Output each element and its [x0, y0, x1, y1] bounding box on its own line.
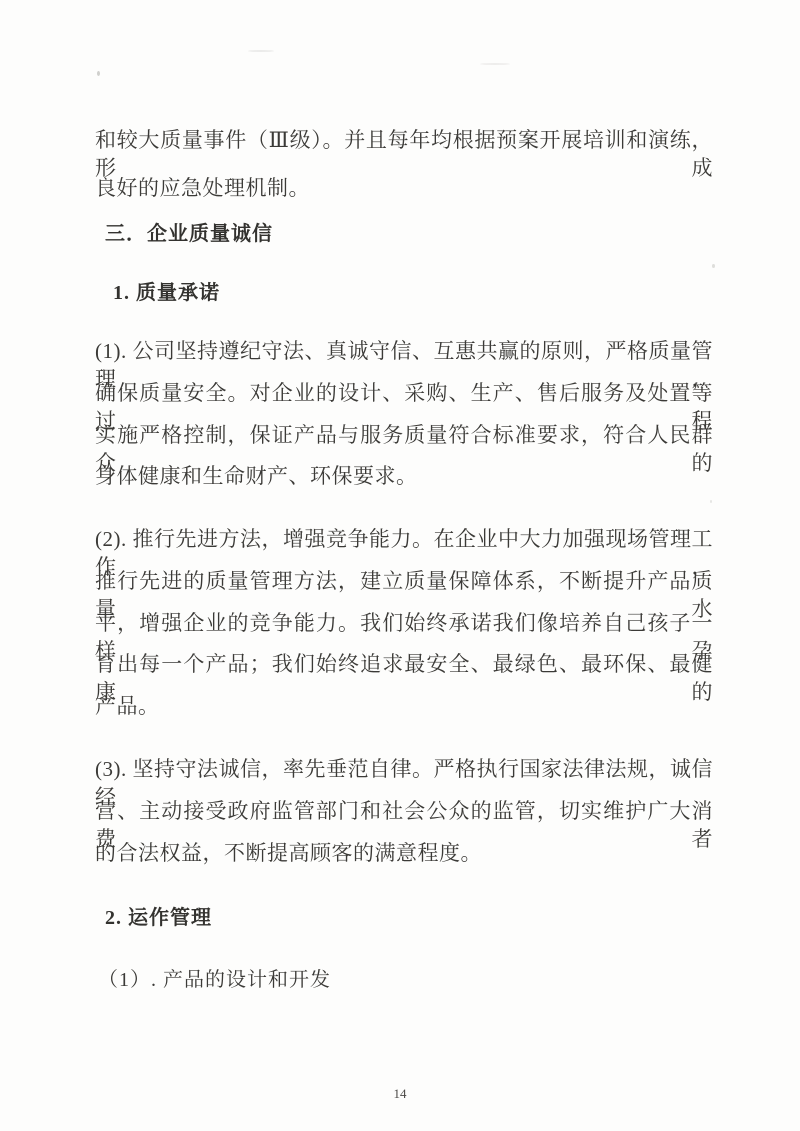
intro-line: 良好的应急处理机制。: [95, 174, 713, 202]
paragraph-2-line: 产品。: [95, 692, 713, 720]
scan-speck: [480, 63, 510, 65]
paragraph-3-line: 的合法权益，不断提高顾客的满意程度。: [95, 839, 713, 867]
document-page: 和较大质量事件（Ⅲ级）。并且每年均根据预案开展培训和演练，形成 良好的应急处理机…: [0, 0, 800, 1131]
page-number: 14: [0, 1086, 800, 1102]
subheading-quality-commitment: 1. 质量承诺: [113, 276, 220, 305]
subheading-operations: 2. 运作管理: [105, 901, 212, 930]
scan-speck: [97, 71, 100, 76]
scan-speck: [710, 500, 712, 503]
section-heading: 三．企业质量诚信: [105, 217, 273, 246]
scan-speck: [248, 50, 274, 52]
scan-speck: [712, 264, 715, 268]
paragraph-1-line: 身体健康和生命财产、环保要求。: [95, 462, 713, 490]
subitem-design-dev: （1）. 产品的设计和开发: [98, 963, 331, 992]
